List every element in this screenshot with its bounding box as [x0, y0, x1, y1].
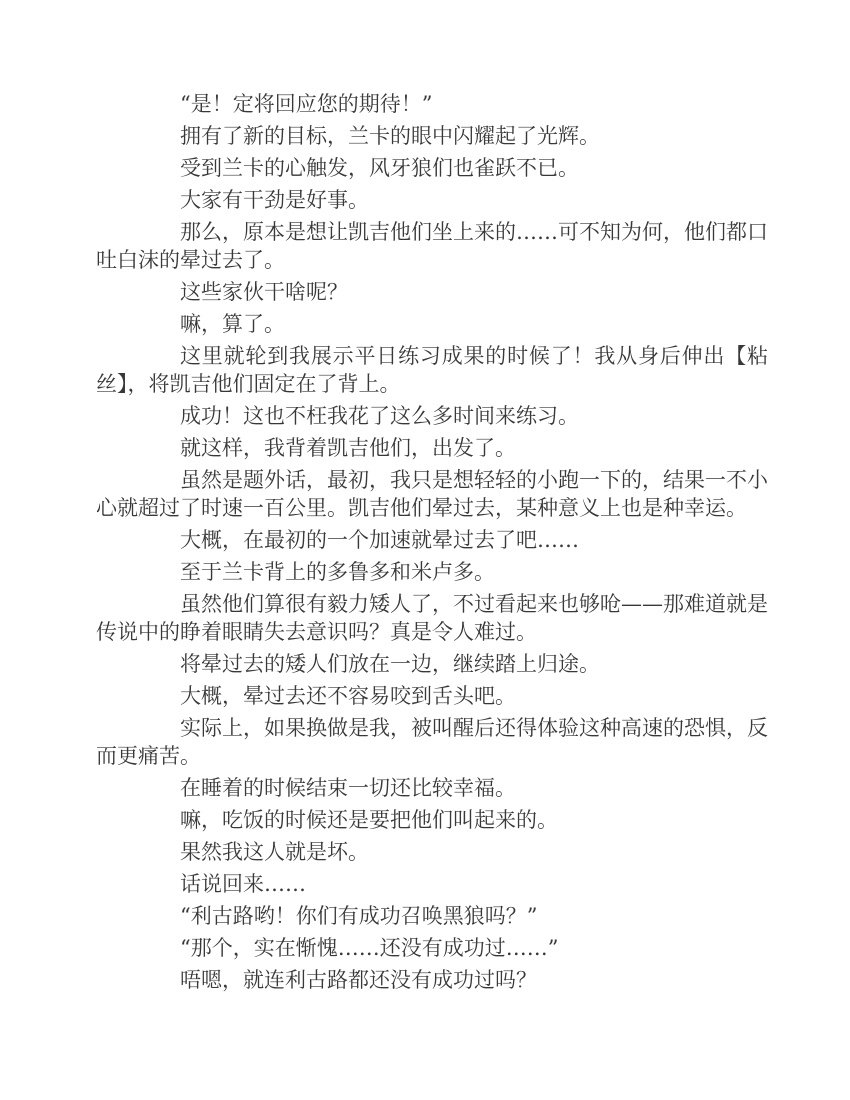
paragraph: 实际上，如果换做是我，被叫醒后还得体验这种高速的恐惧，反而更痛苦。 [96, 714, 768, 770]
paragraph: 成功！这也不枉我花了这么多时间来练习。 [96, 402, 768, 430]
paragraph: 在睡着的时候结束一切还比较幸福。 [96, 774, 768, 802]
paragraph: “那个，实在惭愧……还没有成功过……” [96, 934, 768, 962]
paragraph: “是！定将回应您的期待！” [96, 90, 768, 118]
novel-text-body: “是！定将回应您的期待！” 拥有了新的目标，兰卡的眼中闪耀起了光辉。 受到兰卡的… [96, 90, 768, 998]
paragraph: 虽然他们算很有毅力矮人了，不过看起来也够呛——那难道就是传说中的睁着眼睛失去意识… [96, 590, 768, 646]
paragraph: 那么，原本是想让凯吉他们坐上来的……可不知为何，他们都口吐白沫的晕过去了。 [96, 218, 768, 274]
paragraph: 就这样，我背着凯吉他们，出发了。 [96, 434, 768, 462]
paragraph: 话说回来…… [96, 870, 768, 898]
paragraph: 将晕过去的矮人们放在一边，继续踏上归途。 [96, 650, 768, 678]
paragraph: 唔嗯，就连利古路都还没有成功过吗？ [96, 966, 768, 994]
paragraph: 至于兰卡背上的多鲁多和米卢多。 [96, 558, 768, 586]
document-page: “是！定将回应您的期待！” 拥有了新的目标，兰卡的眼中闪耀起了光辉。 受到兰卡的… [0, 0, 850, 1100]
paragraph: 受到兰卡的心触发，风牙狼们也雀跃不已。 [96, 154, 768, 182]
paragraph: 果然我这人就是坏。 [96, 838, 768, 866]
paragraph: 大概，晕过去还不容易咬到舌头吧。 [96, 682, 768, 710]
paragraph: 虽然是题外话，最初，我只是想轻轻的小跑一下的，结果一不小心就超过了时速一百公里。… [96, 466, 768, 522]
paragraph: 嘛，算了。 [96, 310, 768, 338]
paragraph: 大概，在最初的一个加速就晕过去了吧…… [96, 526, 768, 554]
paragraph: 这些家伙干啥呢？ [96, 278, 768, 306]
paragraph: 拥有了新的目标，兰卡的眼中闪耀起了光辉。 [96, 122, 768, 150]
paragraph: “利古路哟！你们有成功召唤黑狼吗？” [96, 902, 768, 930]
paragraph: 嘛，吃饭的时候还是要把他们叫起来的。 [96, 806, 768, 834]
paragraph: 这里就轮到我展示平日练习成果的时候了！我从身后伸出【粘丝】，将凯吉他们固定在了背… [96, 342, 768, 398]
paragraph: 大家有干劲是好事。 [96, 186, 768, 214]
